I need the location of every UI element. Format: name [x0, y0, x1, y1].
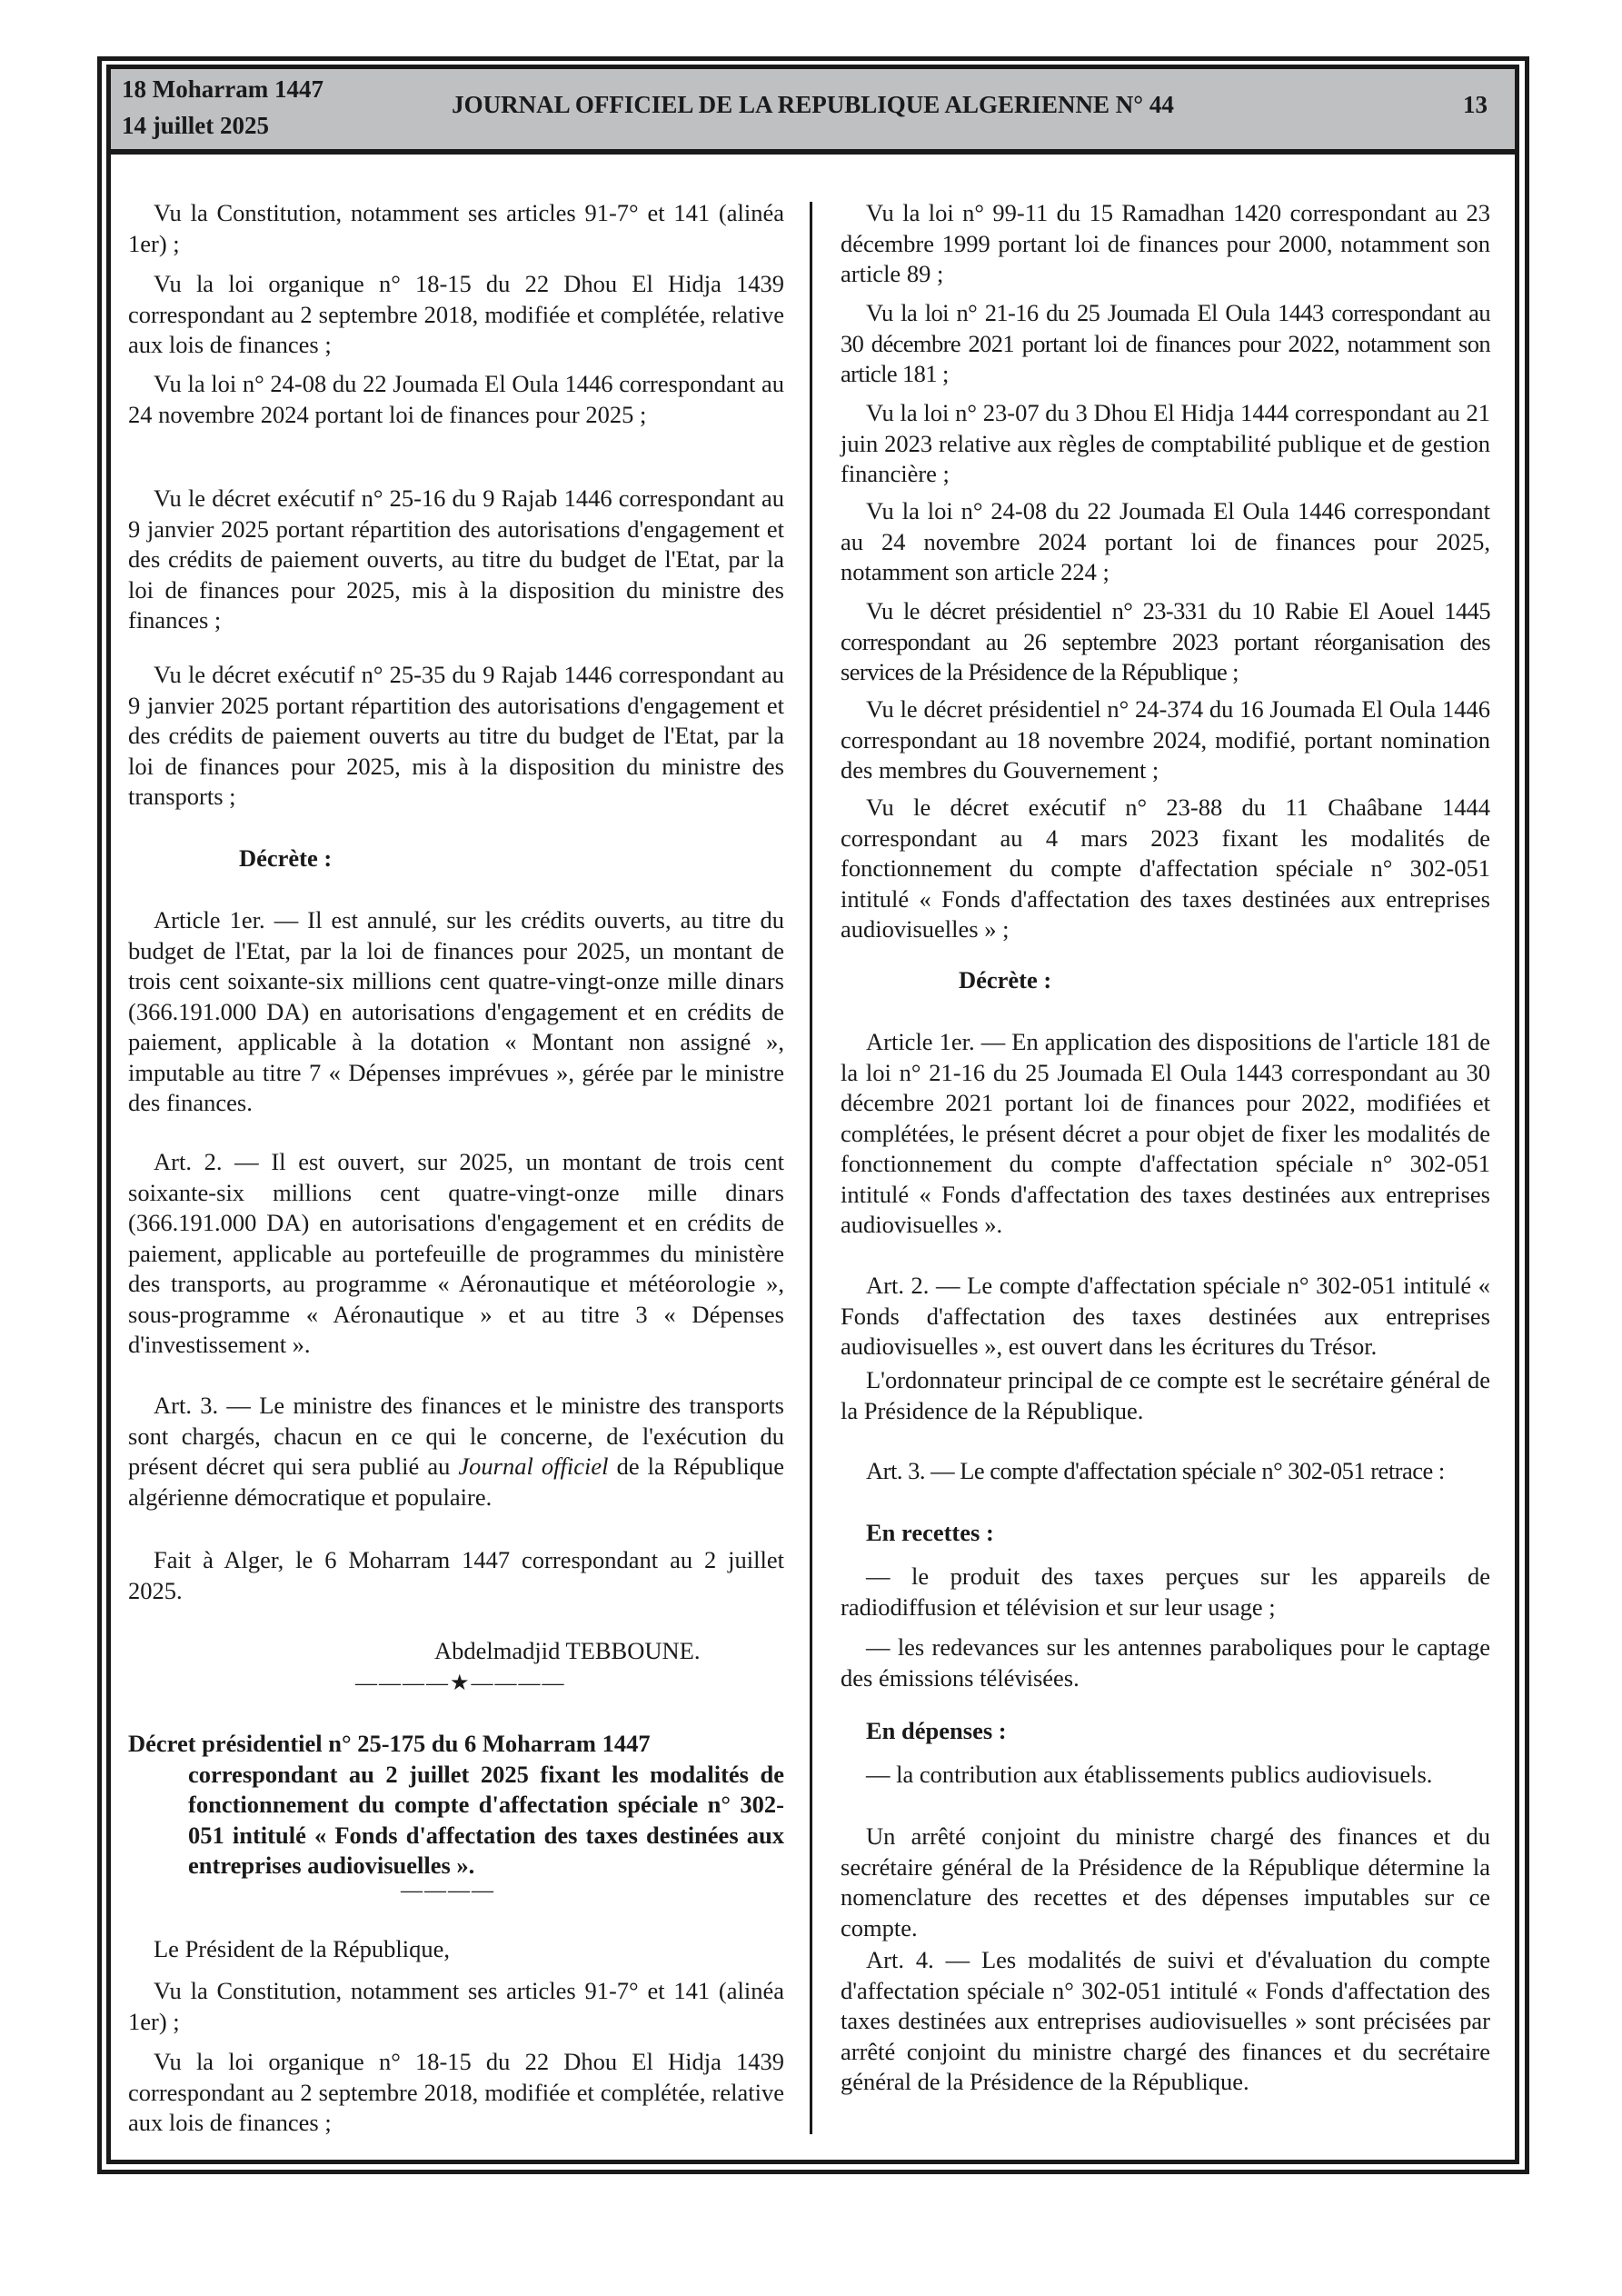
- star-separator: ————★————: [355, 1669, 784, 1700]
- article-4: Art. 4. — Les modalités de suivi et d'év…: [841, 1945, 1490, 2098]
- joint-order: Un arrêté conjoint du ministre chargé de…: [841, 1822, 1490, 1943]
- decrete-heading: Décrète :: [239, 844, 784, 874]
- journal-title: JOURNAL OFFICIEL DE LA REPUBLIQUE ALGERI…: [111, 91, 1515, 119]
- visa-paragraph: Vu la loi organique n° 18-15 du 22 Dhou …: [128, 2047, 784, 2139]
- article-3: Art. 3. — Le ministre des finances et le…: [128, 1391, 784, 1512]
- short-separator: ————: [401, 1876, 784, 1907]
- signature: Abdelmadjid TEBBOUNE.: [434, 1636, 784, 1667]
- expenses-heading: En dépenses :: [841, 1716, 1490, 1747]
- decrete-heading: Décrète :: [959, 965, 1490, 996]
- decree-title-first-line: Décret présidentiel n° 25-175 du 6 Mohar…: [128, 1729, 784, 1760]
- visa-paragraph: Vu le décret présidentiel n° 24-374 du 1…: [841, 694, 1490, 786]
- visa-paragraph: Vu la loi n° 23-07 du 3 Dhou El Hidja 14…: [841, 398, 1490, 490]
- receipt-item: — le produit des taxes perçues sur les a…: [841, 1562, 1490, 1622]
- decree-title-rest: correspondant au 2 juillet 2025 fixant l…: [188, 1760, 784, 1882]
- article-1: Article 1er. — En application des dispos…: [841, 1027, 1490, 1241]
- journal-officiel-italic: Journal officiel: [458, 1452, 608, 1480]
- column-divider: [810, 202, 812, 2134]
- journal-header: 18 Moharram 1447 14 juillet 2025 JOURNAL…: [111, 69, 1515, 155]
- page-number: 13: [1463, 91, 1488, 119]
- visa-paragraph: Vu la loi n° 21-16 du 25 Joumada El Oula…: [841, 298, 1490, 390]
- article-1: Article 1er. — Il est annulé, sur les cr…: [128, 905, 784, 1119]
- ordonnateur: L'ordonnateur principal de ce compte est…: [841, 1365, 1490, 1426]
- receipt-item: — les redevances sur les antennes parabo…: [841, 1632, 1490, 1693]
- visa-paragraph: Vu le décret exécutif n° 25-35 du 9 Raja…: [128, 660, 784, 813]
- article-3: Art. 3. — Le compte d'affectation spécia…: [841, 1456, 1490, 1487]
- visa-paragraph: Vu la Constitution, notamment ses articl…: [128, 1976, 784, 2037]
- visa-paragraph: Vu la loi n° 24-08 du 22 Joumada El Oula…: [128, 369, 784, 430]
- receipts-heading: En recettes :: [841, 1518, 1490, 1549]
- article-2: Art. 2. — Il est ouvert, sur 2025, un mo…: [128, 1147, 784, 1361]
- decree-title: Décret présidentiel n° 25-175 du 6 Mohar…: [128, 1729, 784, 1882]
- article-2: Art. 2. — Le compte d'affectation spécia…: [841, 1271, 1490, 1363]
- visa-paragraph: Vu la loi organique n° 18-15 du 22 Dhou …: [128, 269, 784, 361]
- visa-paragraph: Vu le décret exécutif n° 25-16 du 9 Raja…: [128, 484, 784, 636]
- president-line: Le Président de la République,: [128, 1934, 784, 1965]
- done-at: Fait à Alger, le 6 Moharram 1447 corresp…: [128, 1545, 784, 1606]
- expense-item: — la contribution aux établissements pub…: [841, 1760, 1490, 1791]
- visa-paragraph: Vu le décret exécutif n° 23-88 du 11 Cha…: [841, 793, 1490, 945]
- visa-paragraph: Vu la loi n° 24-08 du 22 Joumada El Oula…: [841, 496, 1490, 588]
- visa-paragraph: Vu la Constitution, notamment ses articl…: [128, 198, 784, 259]
- visa-paragraph: Vu le décret présidentiel n° 23-331 du 1…: [841, 596, 1490, 688]
- visa-paragraph: Vu la loi n° 99-11 du 15 Ramadhan 1420 c…: [841, 198, 1490, 290]
